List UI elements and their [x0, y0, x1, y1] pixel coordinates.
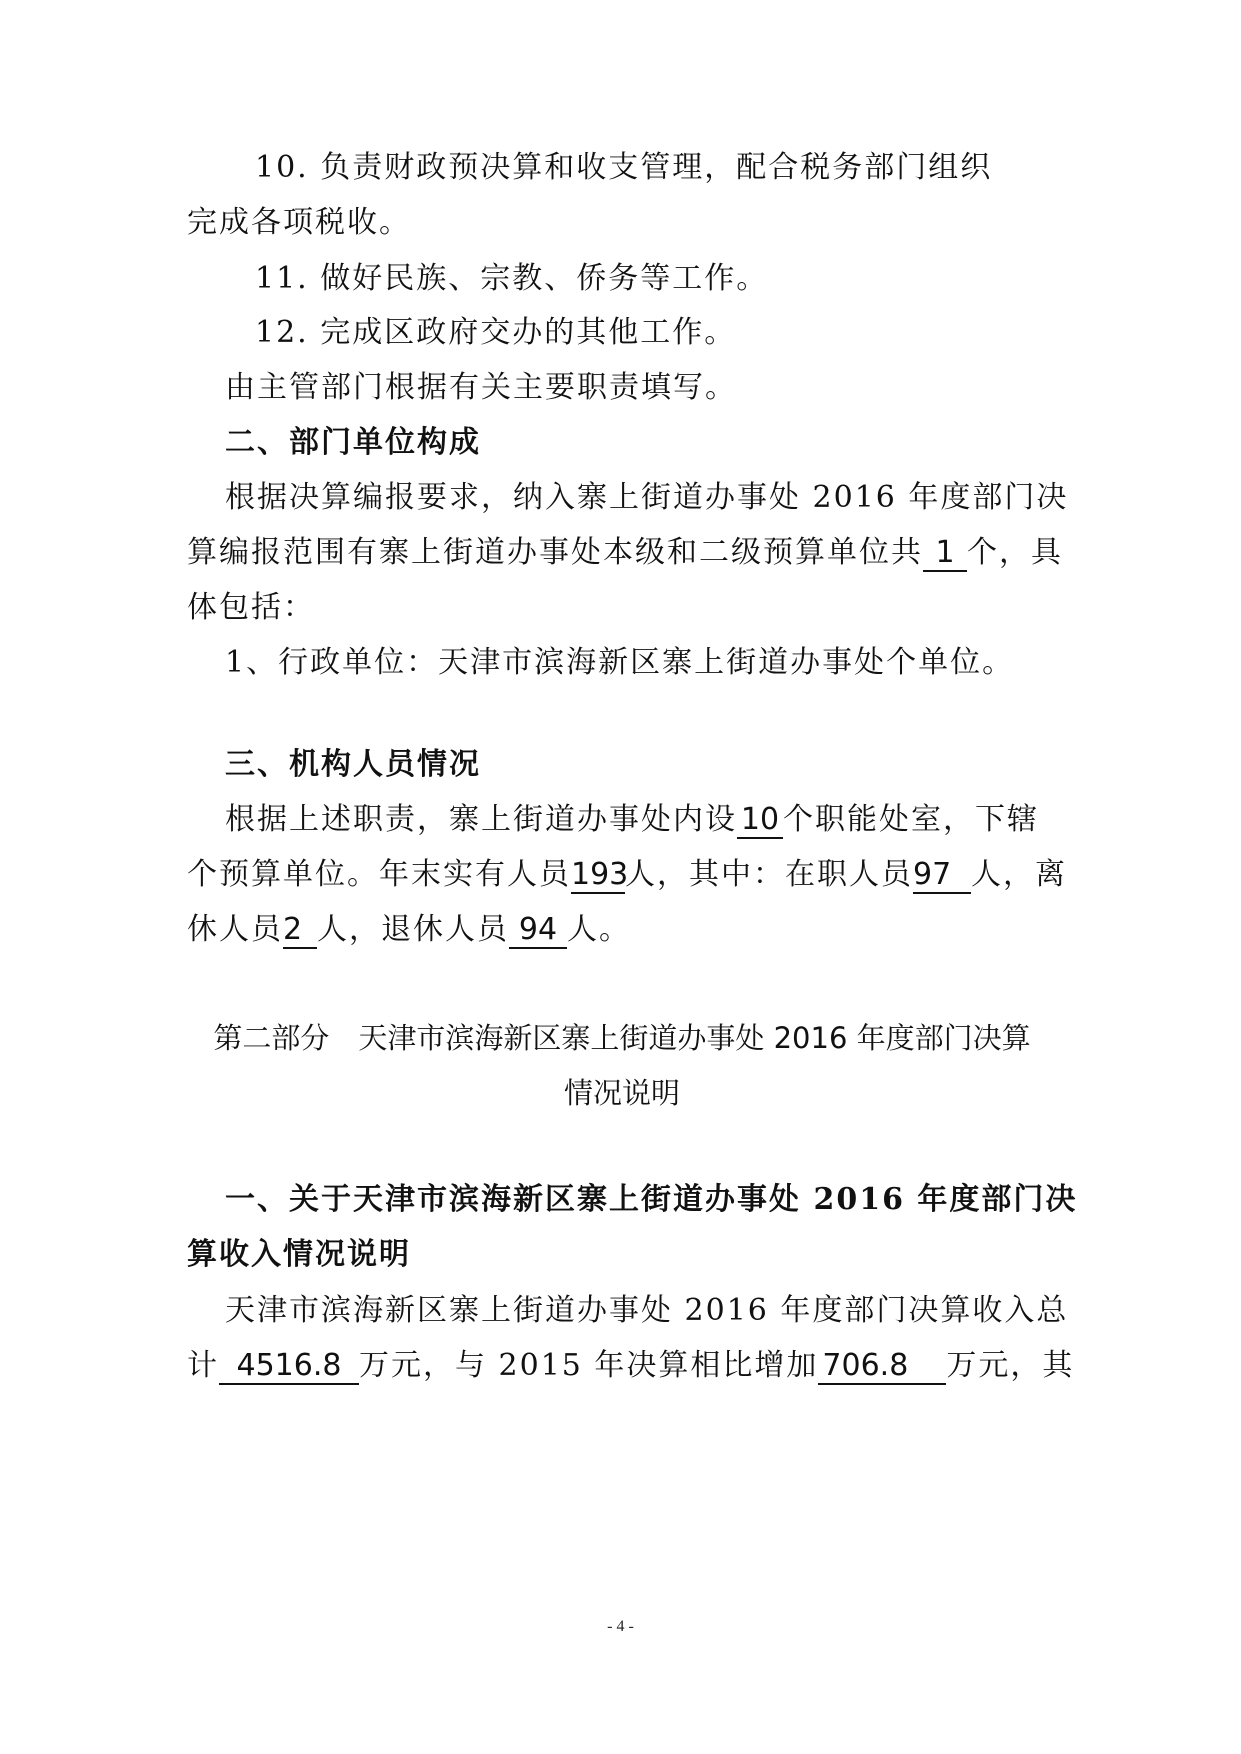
income-para-line1: 天津市滨海新区寨上街道办事处 2016 年度部门决算收入总: [225, 1291, 1095, 1331]
income-heading-line2: 算收入情况说明: [187, 1235, 1057, 1275]
section-heading-staffing: 三、机构人员情况: [225, 745, 1095, 785]
text-fragment: 万元，其: [946, 1348, 1074, 1383]
text-fragment: 根据上述职责，寨上街道办事处内设: [225, 802, 737, 837]
income-increase-field: 706.8: [818, 1349, 946, 1385]
text-fragment: 万元，与 2015 年决算相比增加: [359, 1348, 818, 1383]
document-page: 10. 负责财政预决算和收支管理，配合税务部门组织 完成各项税收。 11. 做好…: [0, 0, 1241, 1754]
total-income-field: 4516.8: [219, 1349, 359, 1385]
text-fragment: 计: [187, 1348, 219, 1383]
unit-composition-para-line2: 算编报范围有寨上街道办事处本级和二级预算单位共1个，具: [187, 533, 1057, 573]
text-fragment: 算编报范围有寨上街道办事处本级和二级预算单位共: [187, 535, 923, 570]
text-fragment: 休人员: [187, 912, 283, 947]
unit-count-field: 1: [923, 536, 967, 572]
section-heading-unit-composition: 二、部门单位构成: [225, 423, 1095, 463]
staffing-para-line3: 休人员2人，退休人员94人。: [187, 910, 1057, 950]
text-fragment: 人。: [567, 912, 631, 947]
administrative-unit-item: 1、行政单位：天津市滨海新区寨上街道办事处个单位。: [225, 643, 1095, 683]
offices-count-field: 10: [737, 803, 783, 839]
active-staff-field: 97: [913, 858, 971, 894]
duty-item-10-line1: 10. 负责财政预决算和收支管理，配合税务部门组织: [255, 148, 1055, 188]
part2-title-line2: 情况说明: [187, 1073, 1057, 1113]
duties-note: 由主管部门根据有关主要职责填写。: [225, 368, 1095, 408]
text-fragment: 人，其中：在职人员: [625, 857, 913, 892]
text-fragment: 人，退休人员: [317, 912, 509, 947]
retired-staff-field: 94: [509, 913, 567, 949]
duty-item-11: 11. 做好民族、宗教、侨务等工作。: [255, 259, 1055, 299]
staffing-para-line1: 根据上述职责，寨上街道办事处内设10个职能处室，下辖: [225, 800, 1095, 840]
part2-title-line1: 第二部分 天津市滨海新区寨上街道办事处 2016 年度部门决算: [187, 1018, 1057, 1058]
unit-composition-para-line1: 根据决算编报要求，纳入寨上街道办事处 2016 年度部门决: [225, 478, 1095, 518]
text-fragment: 个职能处室，下辖: [783, 802, 1039, 837]
page-number: - 4 -: [0, 1618, 1241, 1636]
income-heading-line1: 一、关于天津市滨海新区寨上街道办事处 2016 年度部门决: [225, 1180, 1095, 1220]
retired-cadre-field: 2: [283, 913, 317, 949]
duty-item-12: 12. 完成区政府交办的其他工作。: [255, 313, 1055, 353]
text-fragment: 人，离: [971, 857, 1067, 892]
income-para-line2: 计4516.8万元，与 2015 年决算相比增加706.8万元，其: [187, 1346, 1057, 1386]
duty-item-10-line2: 完成各项税收。: [187, 203, 1057, 243]
staffing-para-line2: 个预算单位。年末实有人员193人，其中：在职人员97人，离: [187, 855, 1057, 895]
text-fragment: 个，具: [967, 535, 1063, 570]
text-fragment: 个预算单位。年末实有人员: [187, 857, 571, 892]
total-staff-field: 193: [571, 858, 625, 894]
unit-composition-para-line3: 体包括：: [187, 588, 1057, 628]
